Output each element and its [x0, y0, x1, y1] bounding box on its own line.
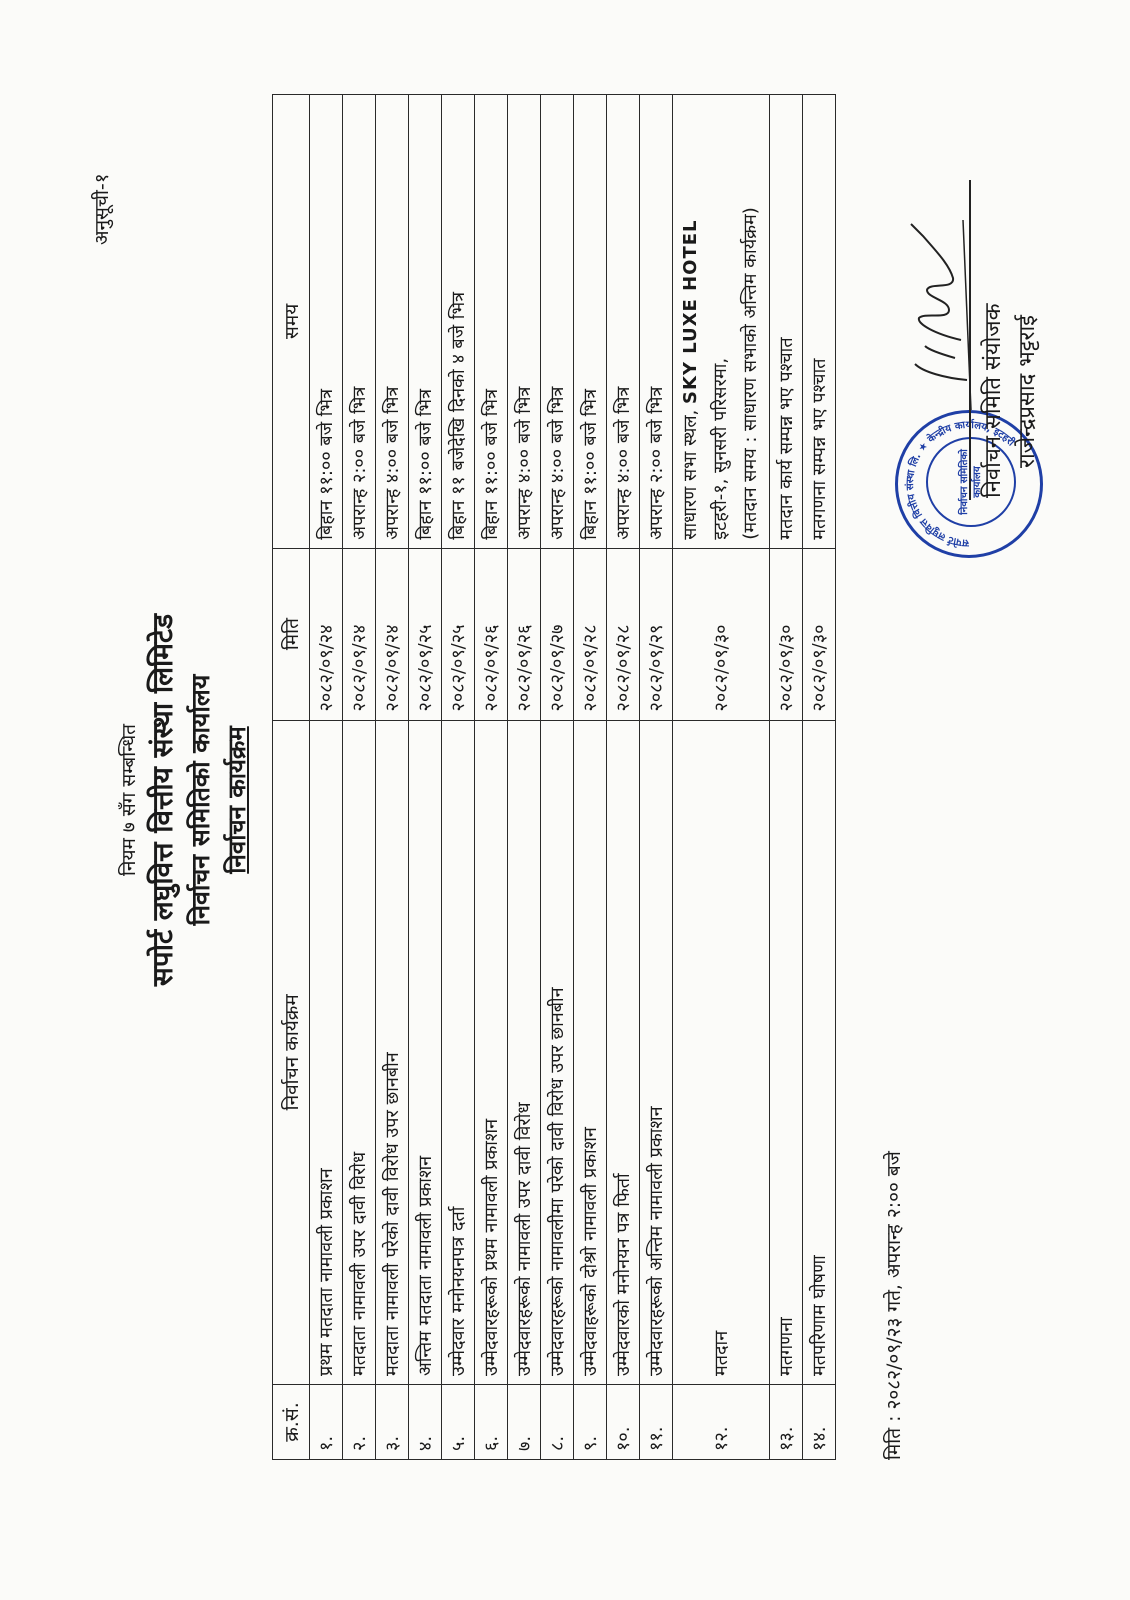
cell-sn: ९.	[574, 1385, 607, 1460]
table-row: ८.उम्मेदवारहरूको नामावलीमा परेको दावी वि…	[541, 95, 574, 1460]
cell-program: अन्तिम मतदाता नामावली प्रकाशन	[409, 720, 442, 1385]
cell-program: उम्मेदवारको मनोनयन पत्र फिर्ता	[607, 720, 640, 1385]
header-sn: क्र.सं.	[273, 1385, 310, 1460]
header-program: निर्वाचन कार्यक्रम	[273, 720, 310, 1385]
table-row: ५.उम्मेदवार मनोनयनपत्र दर्ता२०८२/०९/२५बि…	[442, 95, 475, 1460]
cell-date: २०८२/०९/२५	[409, 548, 442, 720]
table-row: ९.उम्मेदवाहरूको दोश्रो नामावली प्रकाशन२०…	[574, 95, 607, 1460]
voting-time-note: (मतदान समय : साधारण सभाको अन्तिम कार्यक्…	[736, 103, 766, 540]
venue-name: SKY LUXE HOTEL	[680, 220, 701, 405]
header-time: समय	[273, 95, 310, 549]
voting-venue-line: साधारण सभा स्थल, SKY LUXE HOTEL	[676, 103, 706, 540]
cell-date: २०८२/०९/२८	[574, 548, 607, 720]
cell-time: बिहान ११ बजेदेखि दिनको ४ बजे भित्र	[442, 95, 475, 549]
cell-date: २०८२/०९/२४	[376, 548, 409, 720]
cell-program: उम्मेदवार मनोनयनपत्र दर्ता	[442, 720, 475, 1385]
table-row: ३.मतदाता नामावली परेको दावी विरोध उपर छा…	[376, 95, 409, 1460]
cell-time: मतदान कार्य सम्पन्न भए पश्चात	[770, 95, 803, 549]
cell-sn: ५.	[442, 1385, 475, 1460]
signatory-name: राजेन्द्रप्रसाद भट्टराई	[1011, 315, 1041, 468]
table-row: ६.उम्मेदवारहरूको प्रथम नामावली प्रकाशन२०…	[475, 95, 508, 1460]
organization-name: सपोर्ट लघुवित्त वित्तीय संस्था लिमिटेड	[143, 400, 181, 1200]
cell-date: २०८२/०९/२४	[343, 548, 376, 720]
cell-time: बिहान ११:०० बजे भित्र	[475, 95, 508, 549]
cell-program: उम्मेदवाहरूको दोश्रो नामावली प्रकाशन	[574, 720, 607, 1385]
cell-sn: ८.	[541, 1385, 574, 1460]
program-title: निर्वाचन कार्यक्रम	[220, 400, 253, 1200]
cell-date: २०८२/०९/२९	[640, 548, 673, 720]
cell-time: मतगणना सम्पन्न भए पश्चात	[803, 95, 836, 549]
cell-date: २०८२/०९/२७	[541, 548, 574, 720]
election-schedule-table: क्र.सं. निर्वाचन कार्यक्रम मिति समय १.प्…	[272, 94, 836, 1460]
cell-sn: ११.	[640, 1385, 673, 1460]
cell-time: अपरान्ह २:०० बजे भित्र	[343, 95, 376, 549]
cell-program: उम्मेदवारहरूको प्रथम नामावली प्रकाशन	[475, 720, 508, 1385]
office-name: निर्वाचन समितिको कार्यालय	[183, 400, 217, 1200]
rule-reference: नियम ७ सँग सम्बन्धित	[115, 400, 141, 1200]
table-row: ७.उम्मेदवारहरूको नामावली उपर दावी विरोध२…	[508, 95, 541, 1460]
table-row: १४.मतपरिणाम घोषणा२०८२/०९/३०मतगणना सम्पन्…	[803, 95, 836, 1460]
issue-date: मिति : २०८२/०९/२३ गते, अपरान्ह २:०० बजे	[880, 1151, 906, 1460]
signatory-title: निर्वाचन समिति संयोजक	[977, 303, 1007, 498]
signature-line	[969, 180, 971, 500]
cell-sn: १.	[310, 1385, 343, 1460]
cell-sn: १२.	[673, 1385, 770, 1460]
cell-sn: १४.	[803, 1385, 836, 1460]
cell-sn: १३.	[770, 1385, 803, 1460]
cell-date: २०८२/०९/२५	[442, 548, 475, 720]
cell-date: २०८२/०९/२४	[310, 548, 343, 720]
voting-address-line: इटहरी-१, सुनसरी परिसरमा,	[706, 103, 736, 540]
table-row: ११.उम्मेदवारहरूको अन्तिम नामावली प्रकाशन…	[640, 95, 673, 1460]
cell-date: २०८२/०९/२६	[508, 548, 541, 720]
cell-program: मतदाता नामावली उपर दावी विरोध	[343, 720, 376, 1385]
cell-sn: ६.	[475, 1385, 508, 1460]
cell-program: मतगणना	[770, 720, 803, 1385]
table-row: १०.उम्मेदवारको मनोनयन पत्र फिर्ता२०८२/०९…	[607, 95, 640, 1460]
table-row: १.प्रथम मतदाता नामावली प्रकाशन२०८२/०९/२४…	[310, 95, 343, 1460]
cell-date: २०८२/०९/२८	[607, 548, 640, 720]
cell-time: साधारण सभा स्थल, SKY LUXE HOTEL इटहरी-१,…	[673, 95, 770, 549]
document-page: अनुसूची-१ नियम ७ सँग सम्बन्धित सपोर्ट लघ…	[0, 0, 1130, 1600]
header-date: मिति	[273, 548, 310, 720]
cell-time: बिहान ११:०० बजे भित्र	[409, 95, 442, 549]
signature-icon	[905, 190, 975, 450]
cell-time: बिहान ११:०० बजे भित्र	[574, 95, 607, 549]
cell-time: अपरान्ह ४:०० बजे भित्र	[607, 95, 640, 549]
cell-program: मतदाता नामावली परेको दावी विरोध उपर छानब…	[376, 720, 409, 1385]
cell-program: मतपरिणाम घोषणा	[803, 720, 836, 1385]
cell-time: अपरान्ह ४:०० बजे भित्र	[508, 95, 541, 549]
cell-time: अपरान्ह ४:०० बजे भित्र	[376, 95, 409, 549]
table-row: ४.अन्तिम मतदाता नामावली प्रकाशन२०८२/०९/२…	[409, 95, 442, 1460]
cell-program: मतदान	[673, 720, 770, 1385]
table-row-voting: १२. मतदान २०८२/०९/३० साधारण सभा स्थल, SK…	[673, 95, 770, 1460]
cell-time: बिहान ११:०० बजे भित्र	[310, 95, 343, 549]
cell-time: अपरान्ह २:०० बजे भित्र	[640, 95, 673, 549]
table-header-row: क्र.सं. निर्वाचन कार्यक्रम मिति समय	[273, 95, 310, 1460]
cell-date: २०८२/०९/३०	[673, 548, 770, 720]
cell-program: उम्मेदवारहरूको अन्तिम नामावली प्रकाशन	[640, 720, 673, 1385]
cell-date: २०८२/०९/२६	[475, 548, 508, 720]
cell-date: २०८२/०९/३०	[803, 548, 836, 720]
table-row: १३.मतगणना२०८२/०९/३०मतदान कार्य सम्पन्न भ…	[770, 95, 803, 1460]
cell-sn: २.	[343, 1385, 376, 1460]
cell-time: अपरान्ह ४:०० बजे भित्र	[541, 95, 574, 549]
cell-date: २०८२/०९/३०	[770, 548, 803, 720]
cell-sn: ४.	[409, 1385, 442, 1460]
cell-program: उम्मेदवारहरूको नामावली उपर दावी विरोध	[508, 720, 541, 1385]
cell-sn: ३.	[376, 1385, 409, 1460]
cell-sn: ७.	[508, 1385, 541, 1460]
cell-sn: १०.	[607, 1385, 640, 1460]
annex-label: अनुसूची-१	[88, 173, 114, 245]
table-row: २.मतदाता नामावली उपर दावी विरोध२०८२/०९/२…	[343, 95, 376, 1460]
cell-program: प्रथम मतदाता नामावली प्रकाशन	[310, 720, 343, 1385]
cell-program: उम्मेदवारहरूको नामावलीमा परेको दावी विरो…	[541, 720, 574, 1385]
